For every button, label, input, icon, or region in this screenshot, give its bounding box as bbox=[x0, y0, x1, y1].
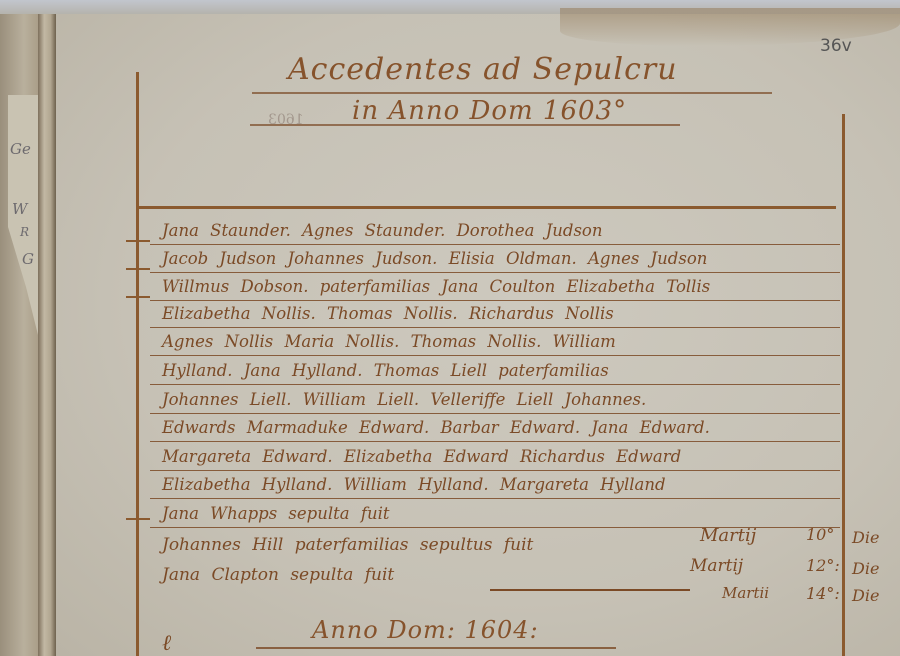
register-entry: Elizabetha Nollis. Thomas Nollis. Richar… bbox=[150, 300, 840, 328]
register-entry: Jacob Judson Johannes Judson. Elisia Old… bbox=[150, 245, 840, 273]
register-entry: Elizabetha Hylland. William Hylland. Mar… bbox=[150, 471, 840, 499]
die-label: Die bbox=[852, 528, 879, 547]
top-register-rule bbox=[136, 206, 836, 209]
heading-underline bbox=[250, 124, 680, 126]
register-entry: Hylland. Jana Hylland. Thomas Liell pate… bbox=[150, 357, 840, 385]
left-margin-rule bbox=[136, 72, 139, 656]
register-entry: Willmus Dobson. paterfamilias Jana Coult… bbox=[150, 273, 840, 301]
burial-month: Martij bbox=[700, 525, 756, 546]
leaf-note: W bbox=[12, 200, 27, 218]
register-entry: Edwards Marmaduke Edward. Barbar Edward.… bbox=[150, 414, 840, 442]
heading-underline bbox=[256, 647, 616, 649]
burial-day: 12°: bbox=[806, 556, 840, 575]
margin-tick bbox=[126, 296, 150, 298]
next-year-heading: Anno Dom: 1604: bbox=[312, 616, 539, 644]
burial-day: 10° bbox=[806, 525, 834, 544]
burial-day: 14°: bbox=[806, 584, 840, 603]
register-entry: Jana Whapps sepulta fuit bbox=[150, 500, 840, 528]
bleed-through-text: 1603 bbox=[268, 112, 304, 128]
margin-tick bbox=[126, 240, 150, 242]
register-entry: Margareta Edward. Elizabetha Edward Rich… bbox=[150, 443, 840, 471]
leaf-note: Ge bbox=[10, 140, 31, 158]
page-heading-line1: Accedentes ad Sepulcru bbox=[288, 52, 678, 87]
heading-underline bbox=[252, 92, 772, 94]
register-entry: Jana Staunder. Agnes Staunder. Dorothea … bbox=[150, 217, 840, 245]
register-entry: Agnes Nollis Maria Nollis. Thomas Nollis… bbox=[150, 328, 840, 356]
register-entry: Jana Clapton sepulta fuit bbox=[150, 561, 480, 589]
register-entry: Johannes Liell. William Liell. Velleriff… bbox=[150, 386, 840, 414]
right-margin-rule bbox=[842, 114, 845, 656]
margin-tick bbox=[126, 518, 150, 520]
die-label: Die bbox=[852, 559, 879, 578]
margin-tick bbox=[126, 268, 150, 270]
book-gutter bbox=[38, 14, 56, 656]
burial-month: Martij bbox=[690, 556, 743, 576]
burial-month: Martii bbox=[722, 584, 769, 602]
page-heading-line2: in Anno Dom 1603° bbox=[352, 96, 627, 126]
die-label: Die bbox=[852, 586, 879, 605]
cut-off-letter: ℓ bbox=[162, 630, 171, 656]
leaf-note: G bbox=[22, 250, 34, 268]
leaf-note: R bbox=[20, 225, 29, 239]
folio-number: 36v bbox=[820, 36, 852, 56]
register-entry: Johannes Hill paterfamilias sepultus fui… bbox=[150, 531, 610, 559]
manuscript-page: Ge W R G 36v Accedentes ad Sepulcru in A… bbox=[0, 0, 900, 656]
filler-stroke bbox=[490, 589, 690, 591]
